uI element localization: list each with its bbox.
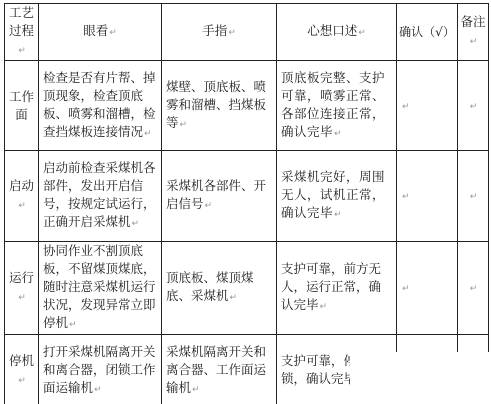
process-label: 启动 bbox=[9, 178, 34, 193]
hand-text: 采煤机隔离开关和离合器、工作面运输机 bbox=[166, 344, 266, 395]
hand-text: 顶底板、煤顶煤底、采煤机 bbox=[166, 270, 254, 303]
header-process: 工艺过程↵ bbox=[5, 4, 39, 61]
paragraph-mark-icon: ↵ bbox=[94, 385, 102, 395]
process-label: 运行 bbox=[9, 270, 34, 285]
cell-hand: 顶底板、煤顶煤底、采煤机↵ bbox=[162, 242, 277, 335]
paragraph-mark-icon: ↵ bbox=[192, 385, 200, 395]
paragraph-mark-icon: ↵ bbox=[402, 284, 410, 294]
header-row: 工艺过程↵ 眼看↵ 手指↵ 心想口述↵ 确认（√） 备注↵ bbox=[5, 4, 489, 61]
paragraph-mark-icon: ↵ bbox=[18, 376, 26, 386]
header-remark: 备注↵ bbox=[458, 4, 489, 61]
header-confirm-label: 确认（√） bbox=[399, 25, 455, 39]
cell-process: 停机↵ bbox=[5, 335, 39, 404]
mouth-text: 支护可靠，前方无人，运行正常，确认完毕 bbox=[281, 261, 381, 312]
paragraph-mark-icon: ↵ bbox=[230, 293, 238, 303]
paragraph-mark-icon: ↵ bbox=[320, 302, 328, 312]
paragraph-mark-icon: ↵ bbox=[18, 201, 26, 211]
paragraph-mark-icon: ↵ bbox=[132, 219, 140, 229]
cell-confirm[interactable]: ↵ bbox=[397, 61, 458, 151]
header-remark-label: 备注 bbox=[460, 14, 485, 29]
image-crop-overlay bbox=[350, 352, 491, 404]
paragraph-mark-icon: ↵ bbox=[144, 129, 152, 139]
process-label: 工作面 bbox=[9, 89, 34, 122]
paragraph-mark-icon: ↵ bbox=[69, 320, 77, 330]
header-eyes-label: 眼看 bbox=[83, 23, 108, 38]
paragraph-mark-icon: ↵ bbox=[334, 210, 342, 220]
paragraph-mark-icon: ↵ bbox=[358, 28, 366, 38]
eyes-text: 检查是否有片帮、掉顶现象，检查顶底板、喷雾和溜槽，检查挡煤板连接情况 bbox=[43, 70, 156, 139]
paragraph-mark-icon: ↵ bbox=[205, 201, 213, 211]
cell-confirm[interactable]: ↵ bbox=[397, 151, 458, 242]
paragraph-mark-icon: ↵ bbox=[402, 102, 410, 112]
cell-confirm[interactable]: ↵ bbox=[397, 242, 458, 335]
process-label: 停机 bbox=[9, 353, 34, 368]
header-confirm: 确认（√） bbox=[397, 4, 458, 61]
header-hand-label: 手指 bbox=[202, 23, 227, 38]
table-row: 运行↵ 协同作业不割顶底板，不留煤顶煤底，随时注意采煤机运行状况，发现异常立即停… bbox=[5, 242, 489, 335]
mouth-text: 顶底板完整、支护可靠，喷雾正常、各部位连接正常，确认完毕 bbox=[281, 70, 385, 139]
cell-mouth: 支护可靠，前方无人，运行正常，确认完毕↵ bbox=[277, 242, 397, 335]
cell-eyes: 打开采煤机隔离开关和离合器，闭锁工作面运输机↵ bbox=[39, 335, 162, 404]
header-hand: 手指↵ bbox=[162, 4, 277, 61]
cell-eyes: 启动前检查采煤机各部件，发出开启信号，按规定试运行，正确开启采煤机↵ bbox=[39, 151, 162, 242]
header-mouth: 心想口述↵ bbox=[277, 4, 397, 61]
hand-text: 采煤机各部件、开启信号 bbox=[166, 178, 266, 211]
cell-process: 运行↵ bbox=[5, 242, 39, 335]
cell-hand: 采煤机隔离开关和离合器、工作面运输机↵ bbox=[162, 335, 277, 404]
cell-process: 工作面 bbox=[5, 61, 39, 151]
mouth-text: 采煤机完好，周围无人，试机正常，确认完毕 bbox=[281, 169, 385, 220]
paragraph-mark-icon: ↵ bbox=[18, 46, 26, 56]
header-mouth-label: 心想口述 bbox=[307, 23, 357, 38]
procedure-table: 工艺过程↵ 眼看↵ 手指↵ 心想口述↵ 确认（√） 备注↵ 工作面 检查是否有片… bbox=[4, 3, 489, 404]
cell-remark[interactable]: ↵ bbox=[458, 61, 489, 151]
cell-eyes: 协同作业不割顶底板，不留煤顶煤底，随时注意采煤机运行状况，发现异常立即停机↵ bbox=[39, 242, 162, 335]
cell-mouth: 顶底板完整、支护可靠，喷雾正常、各部位连接正常，确认完毕↵ bbox=[277, 61, 397, 151]
paragraph-mark-icon: ↵ bbox=[470, 284, 478, 294]
table-row: 启动↵ 启动前检查采煤机各部件，发出开启信号，按规定试运行，正确开启采煤机↵ 采… bbox=[5, 151, 489, 242]
header-eyes: 眼看↵ bbox=[39, 4, 162, 61]
header-process-label: 工艺过程 bbox=[9, 5, 34, 38]
cell-remark[interactable]: ↵ bbox=[458, 242, 489, 335]
cell-hand: 煤壁、顶底板、喷雾和溜槽、挡煤板等↵ bbox=[162, 61, 277, 151]
paragraph-mark-icon: ↵ bbox=[109, 28, 117, 38]
cell-mouth: 采煤机完好，周围无人，试机正常，确认完毕↵ bbox=[277, 151, 397, 242]
paragraph-mark-icon: ↵ bbox=[470, 37, 478, 47]
paragraph-mark-icon: ↵ bbox=[228, 28, 236, 38]
cell-hand: 采煤机各部件、开启信号↵ bbox=[162, 151, 277, 242]
cell-remark[interactable]: ↵ bbox=[458, 151, 489, 242]
eyes-text: 协同作业不割顶底板，不留煤顶煤底，随时注意采煤机运行状况，发现异常立即停机 bbox=[43, 243, 156, 330]
paragraph-mark-icon: ↵ bbox=[180, 120, 188, 130]
table-row: 工作面 检查是否有片帮、掉顶现象，检查顶底板、喷雾和溜槽，检查挡煤板连接情况↵ … bbox=[5, 61, 489, 151]
cell-eyes: 检查是否有片帮、掉顶现象，检查顶底板、喷雾和溜槽，检查挡煤板连接情况↵ bbox=[39, 61, 162, 151]
paragraph-mark-icon: ↵ bbox=[18, 293, 26, 303]
paragraph-mark-icon: ↵ bbox=[470, 102, 478, 112]
paragraph-mark-icon: ↵ bbox=[402, 192, 410, 202]
cell-process: 启动↵ bbox=[5, 151, 39, 242]
paragraph-mark-icon: ↵ bbox=[334, 129, 342, 139]
paragraph-mark-icon: ↵ bbox=[470, 192, 478, 202]
